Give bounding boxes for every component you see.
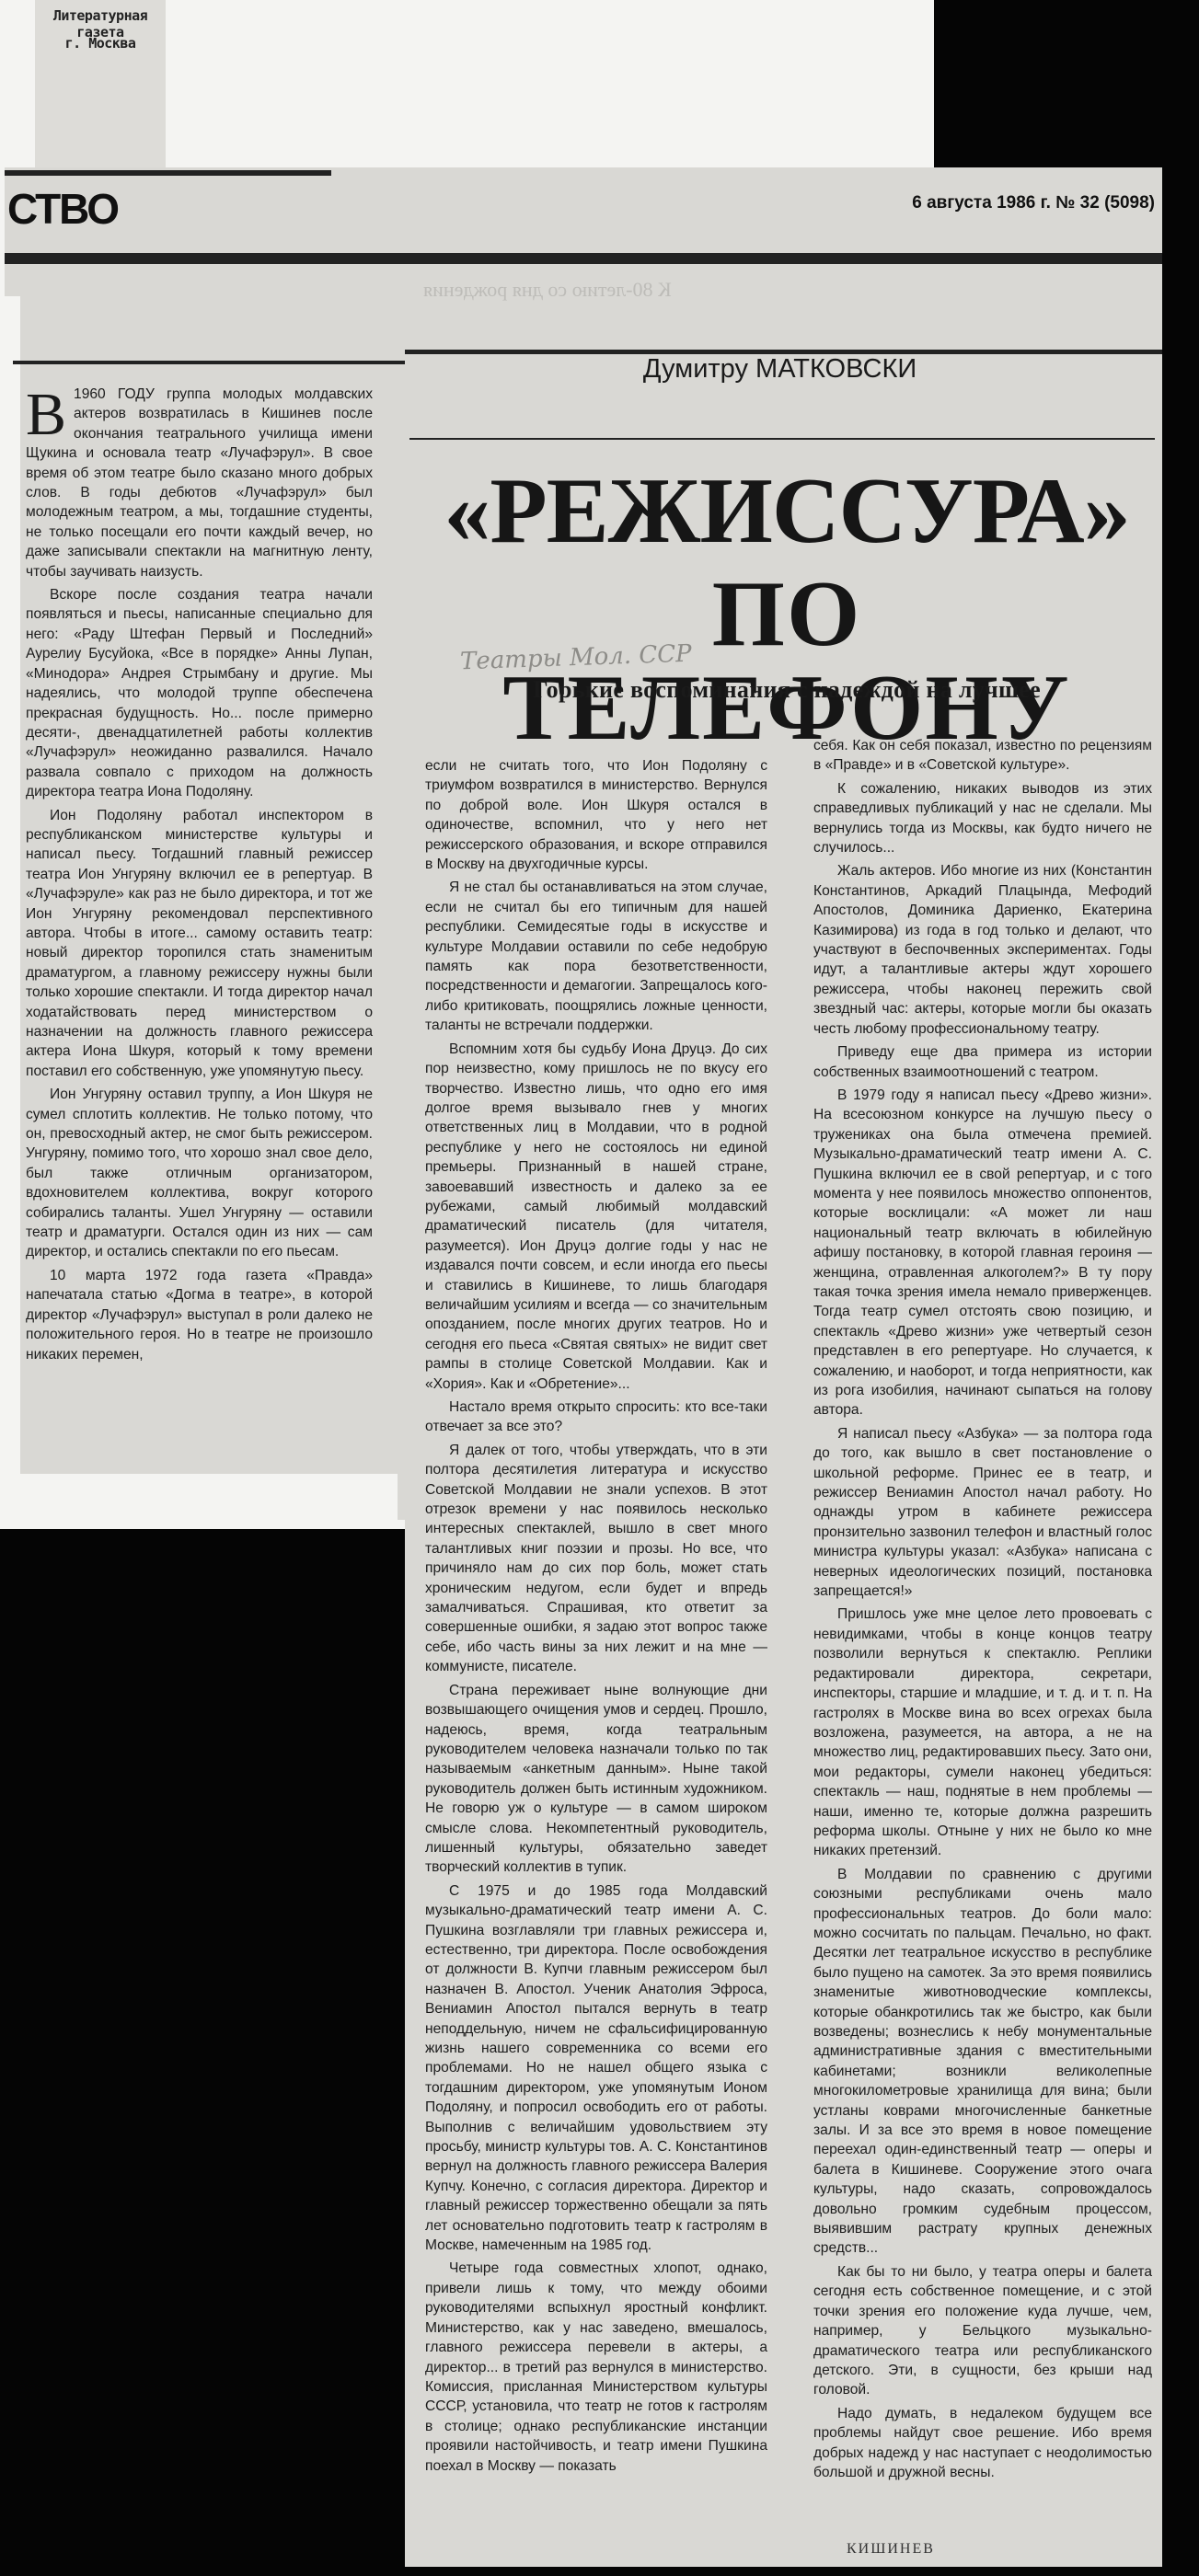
paragraph: Как бы то ни было, у театра оперы и бале… [813, 2262, 1152, 2400]
paragraph: себя. Как он себя показал, известно по р… [813, 736, 1152, 776]
source-stamp-clipping: Литературная газета г. Москва [35, 0, 166, 175]
issue-date-number: 6 августа 1986 г. № 32 (5098) [912, 193, 1155, 213]
drop-cap: В [26, 390, 66, 440]
paragraph: Ион Унгуряну оставил труппу, а Ион Шкуря… [26, 1085, 373, 1262]
scan-background-right-strip [1162, 166, 1199, 2576]
left-column-top-rule [13, 361, 405, 364]
paragraph: С 1975 и до 1985 года Молдавский музыкал… [425, 1881, 767, 2256]
paragraph: 10 марта 1972 года газета «Правда» напеч… [26, 1266, 373, 1364]
paragraph: В 1979 году я написал пьесу «Древо жизни… [813, 1086, 1152, 1420]
article-author: Думитру МАТКОВСКИ [405, 354, 1155, 385]
paragraph: Пришлось уже мне целое лето провоевать с… [813, 1604, 1152, 1860]
article-column-2: если не считать того, что Ион Подоляну с… [425, 756, 767, 2479]
paragraph: Четыре года совместных хлопот, однако, п… [425, 2259, 767, 2475]
paragraph: В 1960 ГОДУ группа молодых молдавских ак… [26, 385, 373, 581]
article-dateline: КИШИНЕВ [847, 2541, 935, 2558]
paragraph: Ион Подоляну работал инспектором в респу… [26, 806, 373, 1082]
paragraph: Я далек от того, чтобы утверждать, что в… [425, 1441, 767, 1677]
paragraph: Надо думать, в недалеком будущем все про… [813, 2404, 1152, 2483]
section-title-fragment: СТВО [7, 184, 118, 234]
source-city: г. Москва [35, 35, 166, 52]
clipping-tab [398, 1469, 420, 1520]
reverse-side-bleed-text: К 80-летию со дня рождения [423, 278, 672, 302]
clipping-header-band [5, 167, 1162, 296]
masthead-bottom-rule [5, 253, 1162, 264]
paragraph: В Молдавии по сравнению с другими союзны… [813, 1865, 1152, 2259]
paragraph: Вскоре после создания театра начали появ… [26, 585, 373, 801]
paragraph: Приведу еще два примера из истории собст… [813, 1042, 1152, 1082]
paragraph: Настало время открыто спросить: кто все-… [425, 1397, 767, 1437]
author-underline [409, 438, 1155, 440]
paragraph: Я не стал бы останавливаться на этом слу… [425, 878, 767, 1035]
scan-background-bottom [405, 2567, 1199, 2576]
scan-background-bottom-left [0, 1529, 420, 2576]
paragraph: Я написал пьесу «Азбука» — за полтора го… [813, 1424, 1152, 1602]
paragraph: Вспомним хотя бы судьбу Иона Друцэ. До с… [425, 1040, 767, 1394]
paragraph: если не считать того, что Ион Подоляну с… [425, 756, 767, 874]
article-column-1: В 1960 ГОДУ группа молодых молдавских ак… [26, 385, 373, 1368]
masthead-top-rule [5, 170, 331, 176]
article-column-3: себя. Как он себя показал, известно по р… [813, 736, 1152, 2486]
paragraph: К сожалению, никаких выводов из этих спр… [813, 779, 1152, 858]
article-subtitle: Горькие воспоминания с надеждой на лучше… [419, 676, 1155, 704]
scan-background-top-right [934, 0, 1199, 167]
article-title-line-1: «РЕЖИССУРА» [419, 465, 1155, 558]
paragraph: Страна переживает ныне волнующие дни воз… [425, 1681, 767, 1878]
paragraph: Жаль актеров. Ибо многие из них (Констан… [813, 861, 1152, 1039]
